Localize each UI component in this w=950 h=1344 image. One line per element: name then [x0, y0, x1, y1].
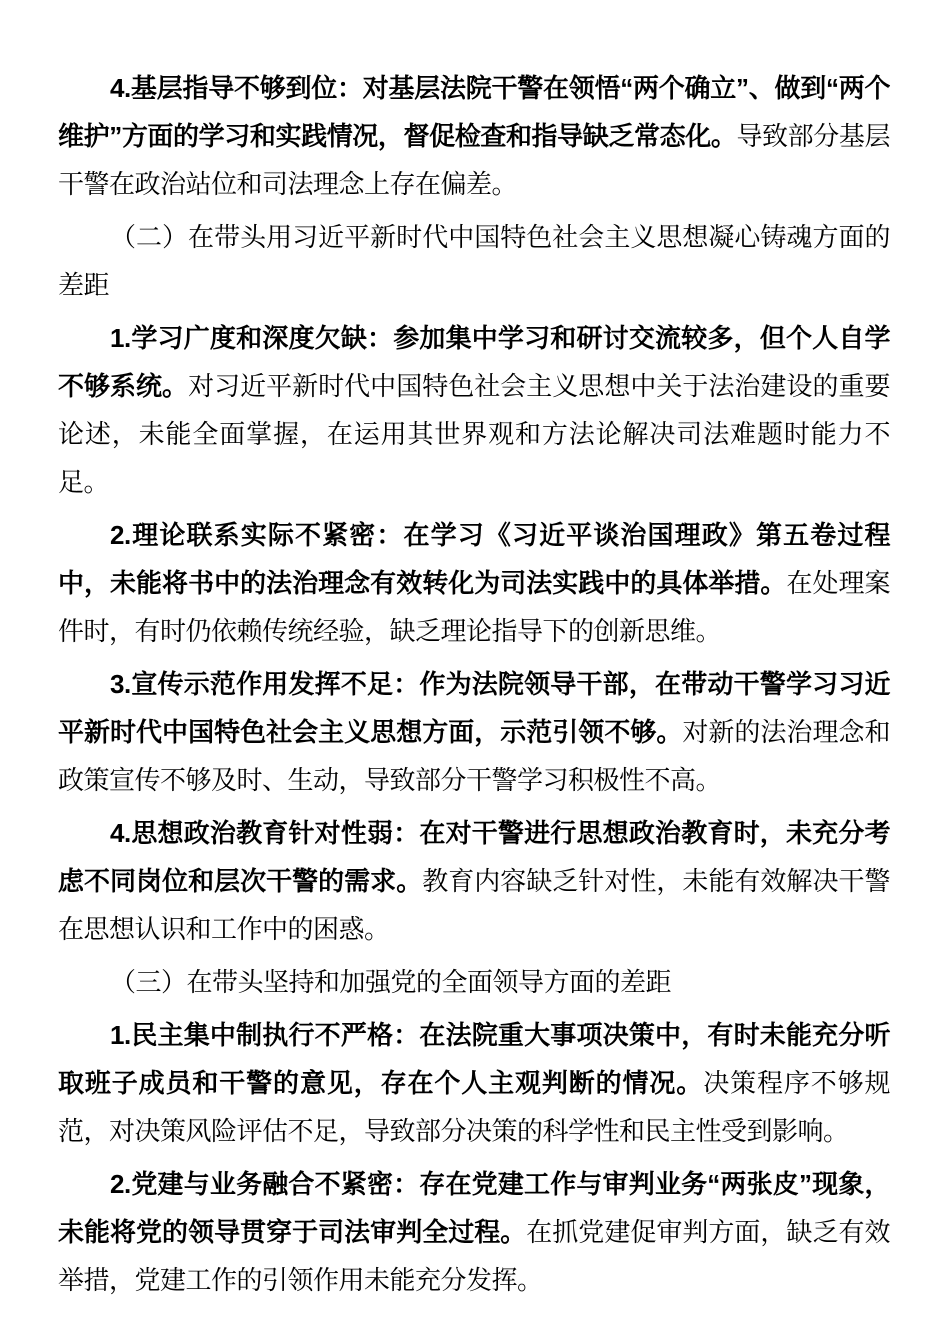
paragraph-point-2-theory-practice: 2.理论联系实际不紧密：在学习《习近平谈治国理政》第五卷过程中，未能将书中的法治… — [58, 511, 890, 655]
section-heading-text: （二）在带头用习近平新时代中国特色社会主义思想凝心铸魂方面的差距 — [58, 222, 890, 300]
paragraph-point-1-study-breadth: 1.学习广度和深度欠缺：参加集中学习和研讨交流较多，但个人自学不够系统。对习近平… — [58, 314, 890, 506]
paragraph-point-4-ideological-education: 4.思想政治教育针对性弱：在对干警进行思想政治教育时，未充分考虑不同岗位和层次干… — [58, 809, 890, 953]
paragraph-point-3-propaganda-role: 3.宣传示范作用发挥不足：作为法院领导干部，在带动干警学习习近平新时代中国特色社… — [58, 660, 890, 804]
paragraph-point-2-party-building: 2.党建与业务融合不紧密：存在党建工作与审判业务“两张皮”现象，未能将党的领导贯… — [58, 1160, 890, 1304]
paragraph-bold-text: 2.理论联系实际不紧密：在学习《习近平谈治国理政》第五卷过程中，未能将书中的法治… — [58, 520, 890, 598]
section-heading-3: （三）在带头坚持和加强党的全面领导方面的差距 — [58, 958, 890, 1006]
section-heading-2: （二）在带头用习近平新时代中国特色社会主义思想凝心铸魂方面的差距 — [58, 213, 890, 309]
document-page: 4.基层指导不够到位：对基层法院干警在领悟“两个确立”、做到“两个维护”方面的学… — [0, 0, 950, 1344]
section-heading-text: （三）在带头坚持和加强党的全面领导方面的差距 — [110, 967, 671, 997]
paragraph-point-1-democratic-centralism: 1.民主集中制执行不严格：在法院重大事项决策中，有时未能充分听取班子成员和干警的… — [58, 1011, 890, 1155]
paragraph-point-4-basic-guidance: 4.基层指导不够到位：对基层法院干警在领悟“两个确立”、做到“两个维护”方面的学… — [58, 64, 890, 208]
